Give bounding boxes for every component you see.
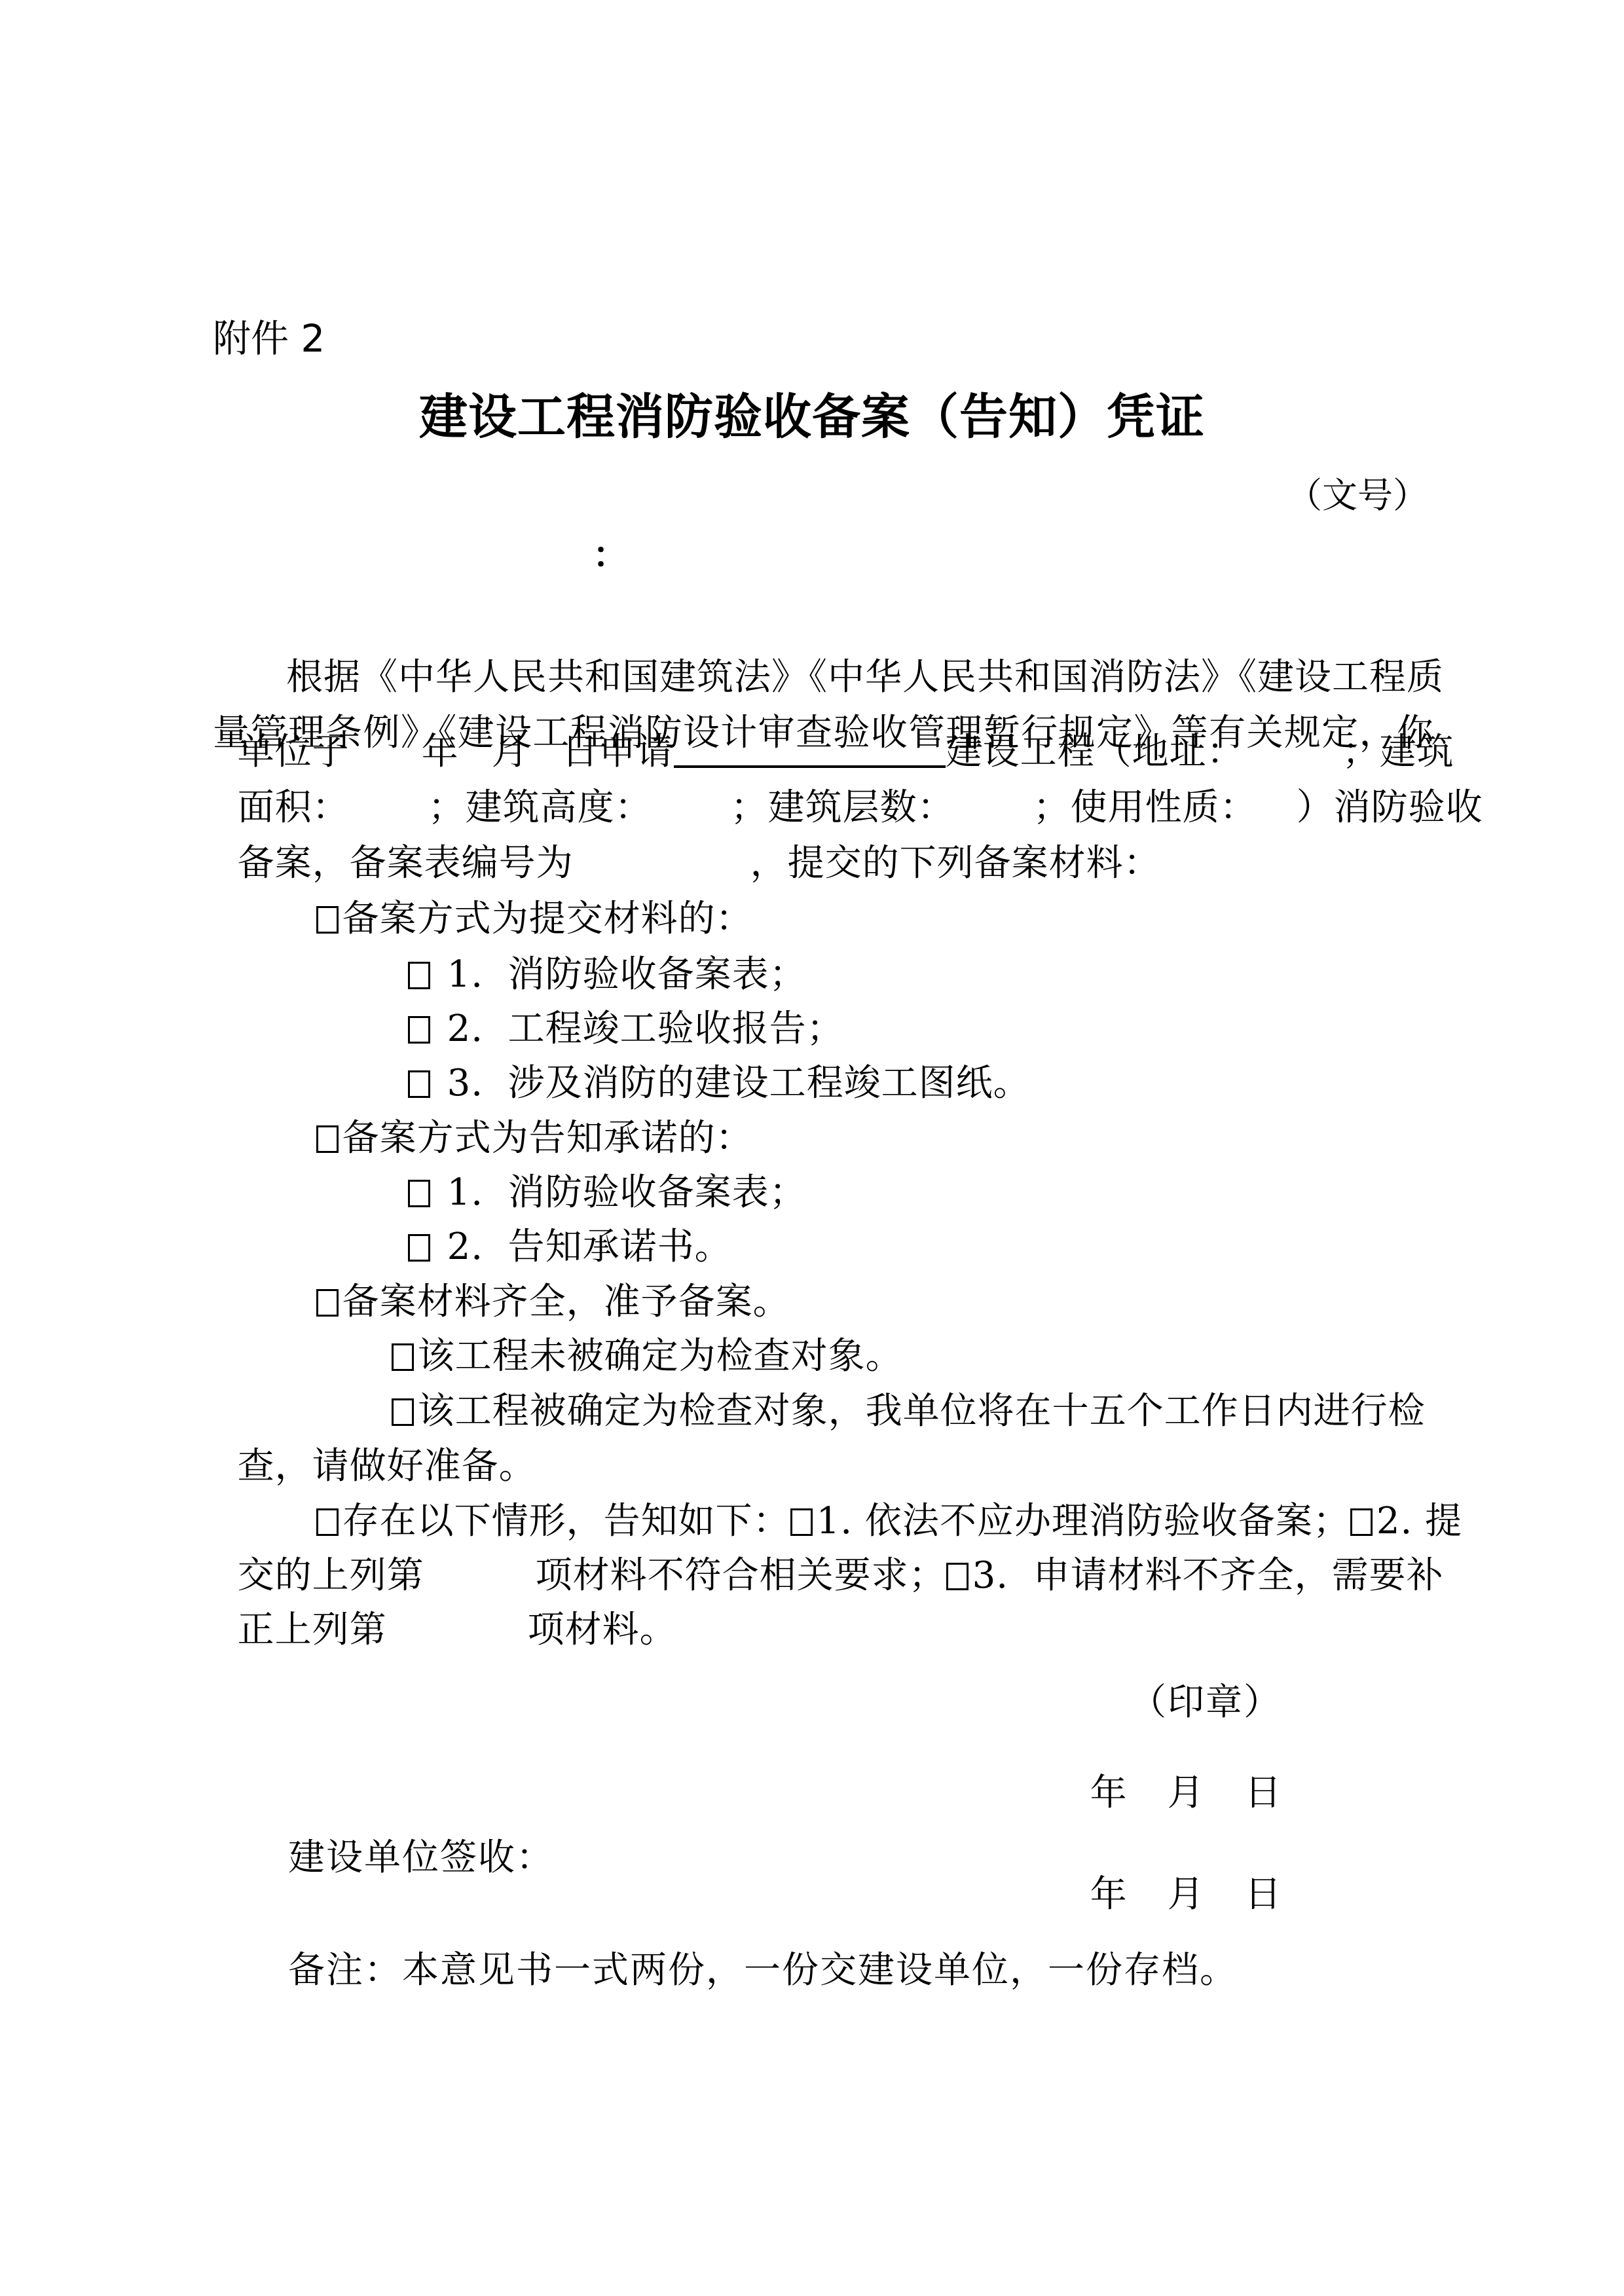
signoff-label: 建设单位签收：: [288, 1840, 554, 1876]
date-year: 年: [1090, 1873, 1128, 1916]
date-month: 月: [1168, 1873, 1206, 1916]
text-correct-listed-no: 正上列第: [238, 1609, 387, 1651]
document-number-label: （文号）: [1287, 478, 1428, 513]
issues-line-3: 正上列第项材料。: [213, 1575, 1434, 1649]
footer-note: 备注：本意见书一式两份，一份交建设单位，一份存档。: [288, 1952, 1238, 1989]
date-day: 日: [1245, 1772, 1283, 1814]
text-materials: 项材料。: [528, 1609, 677, 1651]
checkbox-notify-commit[interactable]: [316, 1125, 339, 1153]
date-year: 年: [1090, 1772, 1128, 1814]
date-month: 月: [1168, 1772, 1206, 1814]
signoff-date: 年月日: [1064, 1840, 1283, 1913]
seal-label: （印章）: [1130, 1685, 1282, 1721]
checkbox-materials-complete[interactable]: [316, 1289, 339, 1317]
checkbox-submit-materials[interactable]: [316, 906, 339, 934]
document-title: 建设工程消防验收备案（告知）凭证: [419, 393, 1205, 441]
date-day: 日: [1245, 1873, 1283, 1916]
seal-date: 年月日: [1064, 1738, 1283, 1812]
recipient-colon: ：: [593, 537, 628, 572]
attachment-label: 附件 2: [213, 319, 325, 357]
